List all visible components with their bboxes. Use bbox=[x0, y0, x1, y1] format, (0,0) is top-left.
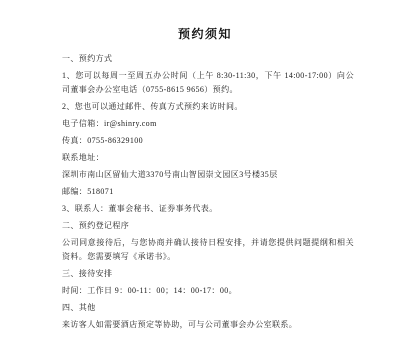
section-3-heading: 三、接待安排 bbox=[62, 267, 354, 281]
document-page: 预约须知 一、预约方式 1、您可以每周一至周五办公时间（上午 8:30-11:3… bbox=[0, 0, 410, 360]
para-hotel-assistance: 来访客人如需要酒店预定等协助，可与公司董事会办公室联系。 bbox=[62, 318, 354, 332]
para-fax: 传真：0755-86329100 bbox=[62, 134, 354, 148]
para-postcode: 邮编：518071 bbox=[62, 185, 354, 199]
section-2-heading: 二、预约登记程序 bbox=[62, 219, 354, 233]
para-mail-fax-appointment: 2、您也可以通过邮件、传真方式预约来访时间。 bbox=[62, 100, 354, 114]
para-contact-person: 3、联系人：董事会秘书、证券事务代表。 bbox=[62, 202, 354, 216]
para-phone-appointment: 1、您可以每周一至周五办公时间（上午 8:30-11:30，下午 14:00-1… bbox=[62, 69, 354, 97]
para-address: 深圳市南山区留仙大道3370号南山智园崇文园区3号楼35层 bbox=[62, 168, 354, 182]
para-email: 电子信箱：ir@shinry.com bbox=[62, 117, 354, 131]
document-body: 一、预约方式 1、您可以每周一至周五办公时间（上午 8:30-11:30，下午 … bbox=[62, 52, 354, 332]
section-1-heading: 一、预约方式 bbox=[62, 52, 354, 66]
section-4-heading: 四、其他 bbox=[62, 301, 354, 315]
para-contact-address-label: 联系地址： bbox=[62, 151, 354, 165]
page-title: 预约须知 bbox=[0, 0, 410, 42]
para-registration-procedure: 公司同意接待后，与您协商并确认接待日程安排，并请您提供问题提纲和相关资料。您需要… bbox=[62, 236, 354, 264]
para-reception-time: 时间：工作日 9：00-11：00；14：00-17：00。 bbox=[62, 284, 354, 298]
